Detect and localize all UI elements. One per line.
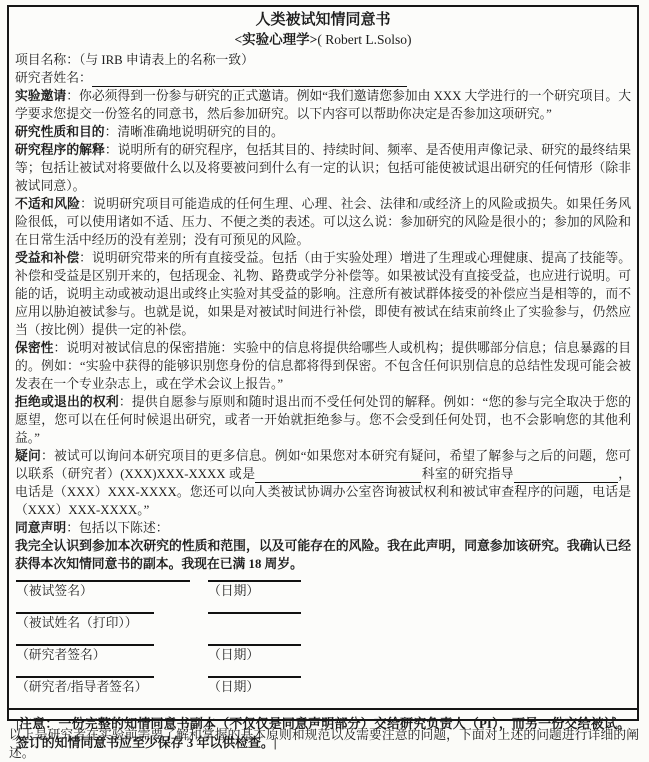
consent-statement-heading: 同意声明：包括以下陈述：	[15, 519, 631, 537]
section-label-benefits: 受益和补偿	[15, 251, 79, 265]
subtitle-course: <实验心理学>	[234, 32, 317, 47]
section-label-invitation: 实验邀请	[15, 89, 66, 103]
document-subtitle: <实验心理学>( Robert L.Solso)	[15, 30, 631, 49]
section-purpose: 研究性质和目的：清晰准确地说明研究的目的。	[15, 123, 631, 141]
section-benefits: 受益和补偿：说明研究带来的所有直接受益。包括（由于实验处理）增进了生理或心理健康…	[15, 249, 631, 339]
section-invitation: 实验邀请：你必须得到一份参与研究的正式邀请。例如“我们邀请您参加由 XXX 大学…	[15, 87, 631, 123]
advisor-blank-field	[514, 469, 618, 483]
section-confidentiality: 保密性：说明对被试信息的保密措施：实验中的信息将提供给哪些人或机构；提供哪部分信…	[15, 339, 631, 393]
subject-printed-date-line	[208, 612, 301, 616]
subject-signature-line: （被试签名）	[16, 580, 190, 599]
subject-signature-label: （被试签名）	[16, 584, 93, 598]
consent-statement-text: 我完全认识到参加本次研究的性质和范围，以及可能存在的风险。我在此声明，同意参加该…	[15, 537, 631, 573]
project-name-label: 项目名称：	[15, 53, 79, 67]
section-label-withdrawal: 拒绝或退出的权利	[15, 395, 119, 409]
department-blank-field	[255, 469, 421, 483]
section-risks: 不适和风险：说明研究项目可能造成的任何生理、心理、社会、法律和/或经济上的风险或…	[15, 195, 631, 249]
advisor-signature-line: （研究者/指导者签名）	[16, 676, 154, 695]
subject-date-label: （日期）	[208, 584, 259, 598]
section-questions: 疑问：被试可以询问本研究项目的更多信息。例如“如果您对本研究有疑问，希望了解参与…	[15, 447, 631, 519]
section-text-procedures: ：说明所有的研究程序，包括其目的、持续时间、频率、是否使用声像记录、研究的最终结…	[15, 143, 631, 193]
questions-text-2: 科室的研究指导	[421, 467, 513, 481]
advisor-date-line: （日期）	[208, 676, 301, 695]
subject-date-line: （日期）	[208, 580, 301, 599]
project-name-hint: （与 IRB 申请表上的名称一致）	[79, 53, 254, 67]
subject-printed-name-label: （被试姓名（打印））	[16, 616, 138, 630]
signature-row-subject: （被试签名） （日期）	[15, 580, 631, 612]
section-label-consent: 同意声明	[15, 521, 66, 535]
document-title: 人类被试知情同意书	[15, 10, 631, 30]
researcher-signature-label: （研究者签名）	[16, 648, 106, 662]
signature-area: （被试签名） （日期） （被试姓名（打印）） （研究者签名） （日期） （研究者…	[15, 580, 631, 708]
section-withdrawal: 拒绝或退出的权利：提供自愿参与原则和随时退出而不受任何处罚的解释。例如：“您的参…	[15, 393, 631, 447]
closing-remark: 以上是研究者在实验前需要了解和掌握的基本原则和规范以及需要注意的问题，下面对上述…	[9, 726, 639, 762]
section-text-risks: ：说明研究项目可能造成的任何生理、心理、社会、法律和/或经济上的风险或损失。如果…	[15, 197, 631, 247]
signature-row-researcher: （研究者签名） （日期）	[15, 644, 631, 676]
researcher-name-label: 研究者姓名：	[15, 71, 92, 85]
researcher-name-row: 研究者姓名：	[15, 69, 631, 87]
researcher-name-blank-field	[92, 73, 407, 87]
section-procedures: 研究程序的解释：说明所有的研究程序，包括其目的、持续时间、频率、是否使用声像记录…	[15, 141, 631, 195]
consent-form-box: 人类被试知情同意书 <实验心理学>( Robert L.Solso) 项目名称：…	[7, 5, 639, 721]
section-text-purpose: ：清晰准确地说明研究的目的。	[105, 125, 284, 139]
consent-document-page: { "colors": { "ink": "#1c1c1c", "border"…	[0, 0, 649, 762]
researcher-date-line: （日期）	[208, 644, 301, 663]
subtitle-author: ( Robert L.Solso)	[317, 32, 411, 47]
section-label-procedures: 研究程序的解释	[15, 143, 105, 157]
section-text-confidentiality: ：说明对被试信息的保密措施：实验中的信息将提供给哪些人或机构；提供哪部分信息；信…	[15, 341, 631, 391]
section-label-risks: 不适和风险	[15, 197, 80, 211]
researcher-date-label: （日期）	[208, 648, 259, 662]
section-label-purpose: 研究性质和目的	[15, 125, 105, 139]
section-text-invitation: ：你必须得到一份参与研究的正式邀请。例如“我们邀请您参加由 XXX 大学进行的一…	[15, 89, 631, 121]
advisor-date-label: （日期）	[208, 680, 259, 694]
subject-printed-name-line: （被试姓名（打印））	[16, 612, 154, 631]
section-label-questions: 疑问	[15, 449, 41, 463]
researcher-signature-line: （研究者签名）	[16, 644, 154, 663]
signature-row-subject-printed: （被试姓名（打印））	[15, 612, 631, 644]
section-text-benefits: ：说明研究带来的所有直接受益。包括（由于实验处理）增进了生理或心理健康、提高了技…	[15, 251, 631, 337]
signature-row-advisor: （研究者/指导者签名） （日期）	[15, 676, 631, 708]
project-name-row: 项目名称：（与 IRB 申请表上的名称一致）	[15, 51, 631, 69]
consent-intro-text: ：包括以下陈述：	[66, 521, 168, 535]
advisor-signature-label: （研究者/指导者签名）	[16, 680, 148, 694]
section-label-confidentiality: 保密性	[15, 341, 54, 355]
